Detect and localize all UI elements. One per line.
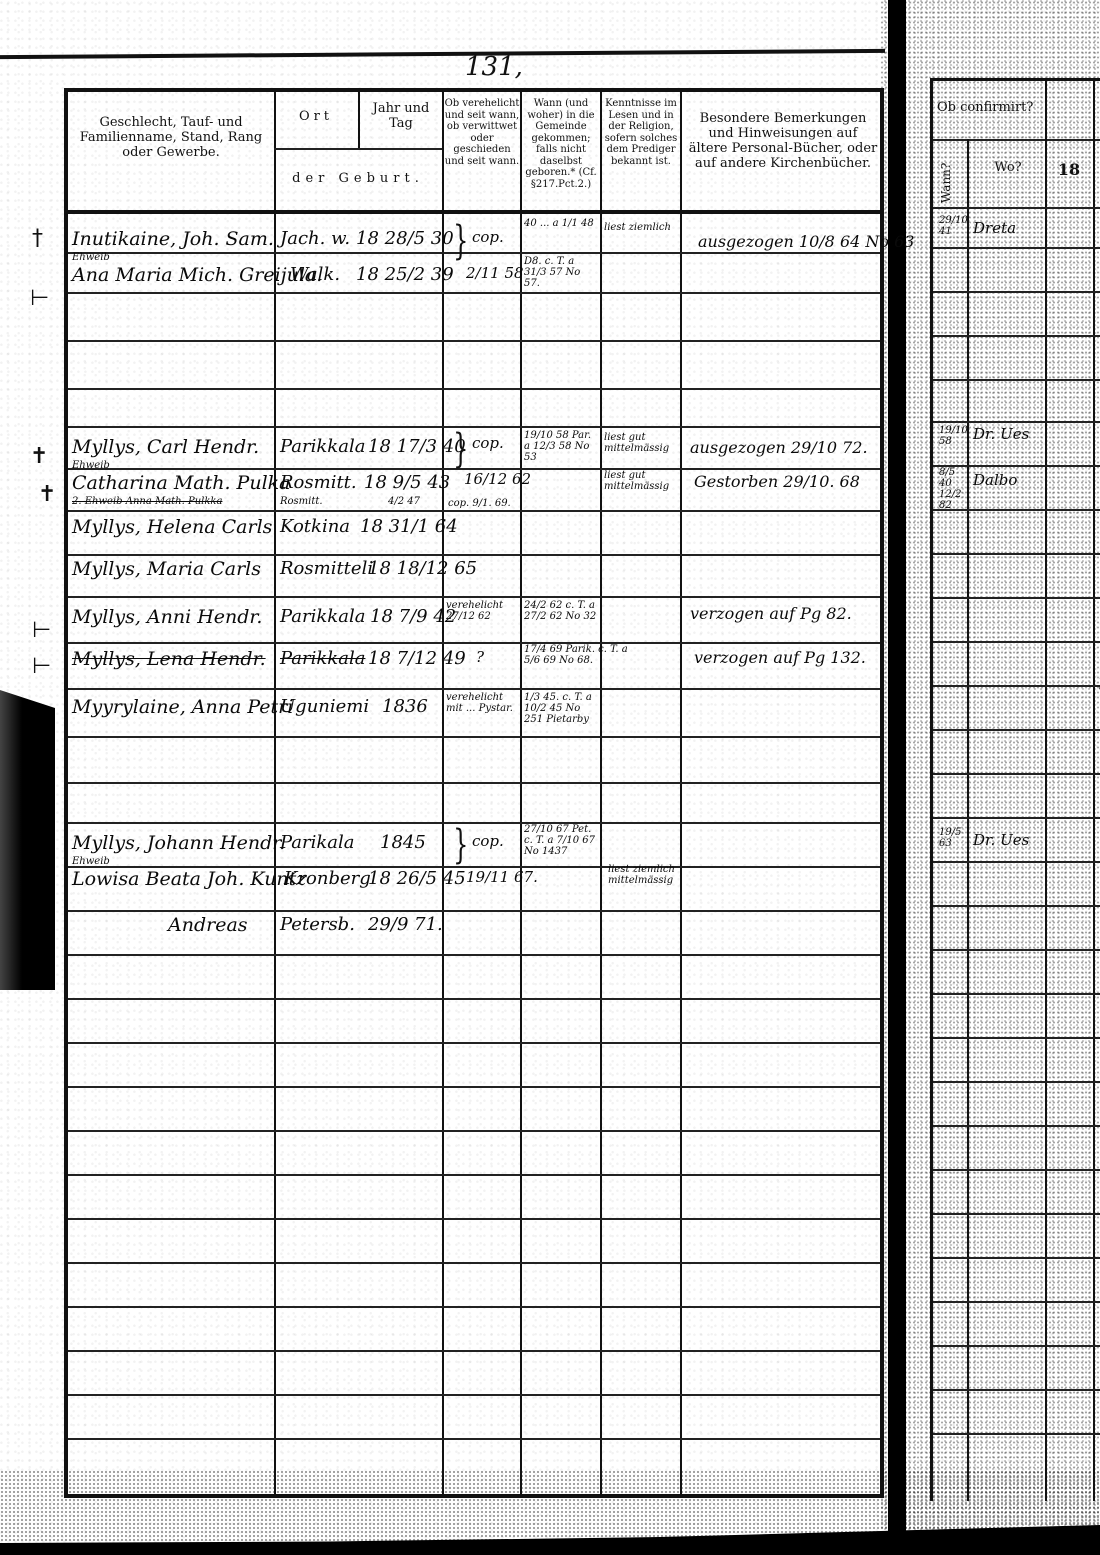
header-married: Ob verehelicht und seit wann, ob verwitt…: [444, 98, 520, 167]
row-divider: [933, 553, 1100, 555]
row-divider: [68, 596, 880, 598]
row-divider: [933, 1081, 1100, 1083]
entry-birth-date: 18 17/3 40: [368, 436, 466, 457]
register-table: Geschlecht, Tauf- und Familienname, Stan…: [64, 88, 884, 1498]
row-divider: [933, 861, 1100, 863]
row-divider: [933, 1169, 1100, 1171]
row-divider: [933, 1125, 1100, 1127]
entry-arrival: D8. c. T. a 31/3 57 No 57.: [524, 256, 598, 289]
entry-name: Myyrylaine, Anna Petri: [72, 696, 293, 718]
cross-mark-icon: ✝: [38, 482, 56, 507]
row-divider: [933, 379, 1100, 381]
row-divider: [933, 335, 1100, 337]
header-birth-place: Ort: [274, 110, 358, 125]
book-binding-shadow: [0, 690, 55, 990]
entry-arrival: 17/4 69 Parik. c. T. a 5/6 69 No 68.: [524, 644, 634, 666]
entry-name: Myllys, Johann Hendr.: [72, 832, 285, 854]
entry-remarks: verzogen auf Pg 82.: [690, 604, 852, 623]
right-page-table: Ob confirmirt? Wann? Wo? 18 1 29/10 41 D…: [930, 78, 1100, 1501]
entry-birth-date: 18 28/5 30: [356, 228, 454, 249]
row-divider: [68, 1438, 880, 1440]
entry-married: 2/11 58: [466, 264, 524, 282]
margin-mark: †: [32, 226, 43, 251]
row-divider: [933, 597, 1100, 599]
entry-birth-date: 18 7/12 49: [368, 648, 466, 669]
row-divider: [68, 426, 880, 428]
entry-married: 19/11 67.: [466, 868, 538, 886]
row-divider: [933, 1389, 1100, 1391]
row-divider: [933, 1037, 1100, 1039]
entry-birth-place: Rosmitteli: [280, 558, 373, 579]
row-divider: [933, 291, 1100, 293]
entry-birth-date: 18 25/2 39: [356, 264, 454, 285]
entry-knowledge: liest ziemlich mittelmässig: [608, 864, 682, 886]
row-divider: [933, 993, 1100, 995]
entry-prefix: Ehweib: [72, 856, 110, 867]
row-divider: [933, 641, 1100, 643]
row-divider: [68, 292, 880, 294]
entry-birth-place: Uguniemi: [280, 696, 369, 717]
entry-birth-place: Parikkala: [280, 436, 365, 457]
entry-birth-date: 29/9 71.: [368, 914, 443, 935]
confirm-when: 29/10 41: [939, 215, 967, 237]
entry-birth-place: Parikala: [280, 832, 355, 853]
confirm-when: 19/5 63: [939, 827, 967, 849]
row-divider: [68, 998, 880, 1000]
entry-arrival: 24/2 62 c. T. a 27/2 62 No 32: [524, 600, 602, 622]
entry-married: verehelicht 27/12 62: [446, 600, 520, 622]
entry-remarks: ausgezogen 29/10 72.: [690, 438, 868, 457]
entry-birth-place: Walk.: [290, 264, 340, 285]
column-divider: [600, 92, 602, 1494]
entry-married: cop.: [472, 228, 504, 246]
row-divider: [933, 905, 1100, 907]
page-number: 131,: [465, 52, 523, 82]
entry-prefix: Ehweib: [72, 460, 110, 471]
confirm-where: Dalbo: [973, 471, 1017, 489]
brace-mark: }: [453, 822, 468, 868]
column-divider: [520, 92, 522, 1494]
entry-name: Myllys, Helena Carls: [72, 516, 272, 538]
entry-name: Lowisa Beata Joh. Kuntz: [72, 868, 306, 890]
entry-birth-place: Parikkala: [280, 606, 365, 627]
entry-remarks: verzogen auf Pg 132.: [694, 648, 866, 667]
column-divider: [1045, 81, 1047, 1501]
row-divider: [68, 388, 880, 390]
header-remarks: Besondere Bemerkungen und Hinweisungen a…: [688, 112, 878, 172]
entry-birth-place: Parikkala: [280, 648, 365, 669]
row-divider: [68, 1130, 880, 1132]
entry-name: Catharina Math. Pulka: [72, 472, 291, 494]
row-divider: [933, 685, 1100, 687]
entry-married: cop. 9/1. 69.: [448, 498, 511, 509]
row-divider: [933, 1257, 1100, 1259]
entry-married: cop.: [472, 434, 504, 452]
entry-knowledge: liest gut mittelmässig: [604, 470, 678, 492]
row-divider: [68, 736, 880, 738]
entry-birth-date: 1845: [380, 832, 426, 853]
entry-remarks: ausgezogen 10/8 64 No 63: [698, 232, 914, 251]
row-divider: [68, 252, 880, 254]
row-divider: [68, 1306, 880, 1308]
row-divider: [933, 421, 1100, 423]
confirm-where: Dr. Ues: [973, 425, 1029, 443]
column-divider: [1093, 81, 1095, 1501]
row-divider: [933, 207, 1100, 209]
row-divider: [274, 148, 442, 150]
row-divider: [933, 247, 1100, 249]
header-name: Geschlecht, Tauf- und Familienname, Stan…: [76, 116, 266, 161]
brace-mark: }: [453, 426, 468, 472]
header-birth-date: Jahr und Tag: [360, 102, 442, 132]
row-divider: [68, 1086, 880, 1088]
entry-married: ?: [476, 648, 484, 666]
row-divider: [933, 729, 1100, 731]
row-divider: [933, 949, 1100, 951]
header-year: 18: [1051, 161, 1087, 179]
row-divider: [68, 1394, 880, 1396]
row-divider: [68, 1042, 880, 1044]
row-divider: [68, 688, 880, 690]
entry-name: Myllys, Carl Hendr.: [72, 436, 259, 458]
entry-arrival: 27/10 67 Pet. c. T. a 7/10 67 No 1437: [524, 824, 598, 857]
entry-married: verehelicht mit ... Pystar.: [446, 692, 520, 714]
entry-birth-place: Rosmitt.: [280, 496, 323, 507]
entry-married: 16/12 62: [464, 470, 531, 488]
entry-name: Myllys, Anni Hendr.: [72, 606, 262, 628]
row-divider: [933, 817, 1100, 819]
entry-birth-date: 4/2 47: [388, 496, 420, 507]
header-arrival: Wann (und woher) in die Gemeinde gekomme…: [522, 98, 600, 190]
entry-birth-date: 18 31/1 64: [360, 516, 458, 537]
entry-birth-date: 18 26/5 45: [368, 868, 466, 889]
margin-mark: ⊢: [30, 286, 49, 311]
header-when: Wann?: [939, 163, 953, 203]
entry-birth-place: Petersb.: [280, 914, 355, 935]
row-divider: [68, 340, 880, 342]
entry-arrival: 19/10 58 Par. a 12/3 58 No 53: [524, 430, 598, 463]
header-birth-group: der Geburt.: [274, 172, 442, 187]
entry-name: Andreas: [168, 914, 248, 936]
confirm-when: 8/5 40 12/2 82: [939, 467, 967, 511]
row-divider: [68, 554, 880, 556]
row-divider: [68, 782, 880, 784]
row-divider: [933, 139, 1100, 141]
brace-mark: }: [453, 218, 468, 264]
header-separator: [68, 210, 880, 214]
row-divider: [68, 510, 880, 512]
confirm-where: Dreta: [973, 219, 1016, 237]
entry-married: cop.: [472, 832, 504, 850]
row-divider: [933, 773, 1100, 775]
entry-birth-place: Jach. w.: [280, 228, 350, 249]
header-confirmed: Ob confirmirt?: [937, 101, 1087, 116]
confirm-where: Dr. Ues: [973, 831, 1029, 849]
row-divider: [68, 910, 880, 912]
cross-mark-icon: ✝: [30, 444, 48, 469]
row-divider: [933, 1301, 1100, 1303]
entry-arrival: 1/3 45. c. T. a 10/2 45 No 251 Pietarby: [524, 692, 602, 725]
column-divider: [967, 139, 969, 1501]
margin-mark: ⊢: [32, 618, 51, 643]
row-divider: [933, 1213, 1100, 1215]
row-divider: [68, 954, 880, 956]
row-divider: [68, 1262, 880, 1264]
confirm-when: 19/10 58: [939, 425, 967, 447]
row-divider: [68, 1218, 880, 1220]
row-divider: [933, 509, 1100, 511]
entry-birth-date: 18 18/12 65: [368, 558, 477, 579]
entry-knowledge: liest ziemlich: [604, 222, 678, 233]
column-divider: [442, 92, 444, 1494]
entry-arrival: 40 ... a 1/1 48: [524, 218, 598, 229]
row-divider: [933, 1345, 1100, 1347]
entry-name-struck: 2. Ehweib Anna Math. Pulkka: [72, 496, 222, 507]
header-knowledge: Kenntnisse im Lesen und in der Religion,…: [602, 98, 680, 167]
entry-remarks: Gestorben 29/10. 68: [694, 472, 860, 491]
column-divider: [680, 92, 682, 1494]
entry-name: Inutikaine, Joh. Sam.: [72, 228, 274, 250]
entry-birth-date: 18 9/5 43: [364, 472, 450, 493]
entry-birth-date: 1836: [382, 696, 428, 717]
entry-knowledge: liest gut mittelmässig: [604, 432, 678, 454]
row-divider: [933, 1433, 1100, 1435]
entry-birth-date: 18 7/9 42: [370, 606, 456, 627]
row-divider: [68, 822, 880, 824]
entry-birth-place: Rosmitt.: [280, 472, 357, 493]
entry-name-struck: Myllys, Lena Hendr.: [72, 648, 266, 670]
column-divider: [274, 92, 276, 1494]
entry-prefix: Ehweib: [72, 252, 110, 263]
row-divider: [68, 1350, 880, 1352]
entry-birth-place: Kronberg: [284, 868, 371, 889]
margin-mark: ⊢: [32, 654, 51, 679]
entry-name: Ana Maria Mich. Greijula.: [72, 264, 322, 286]
entry-birth-place: Kotkina: [280, 516, 350, 537]
row-divider: [68, 1174, 880, 1176]
header-where: Wo?: [973, 161, 1043, 176]
entry-name: Myllys, Maria Carls: [72, 558, 261, 580]
row-divider: [68, 642, 880, 644]
